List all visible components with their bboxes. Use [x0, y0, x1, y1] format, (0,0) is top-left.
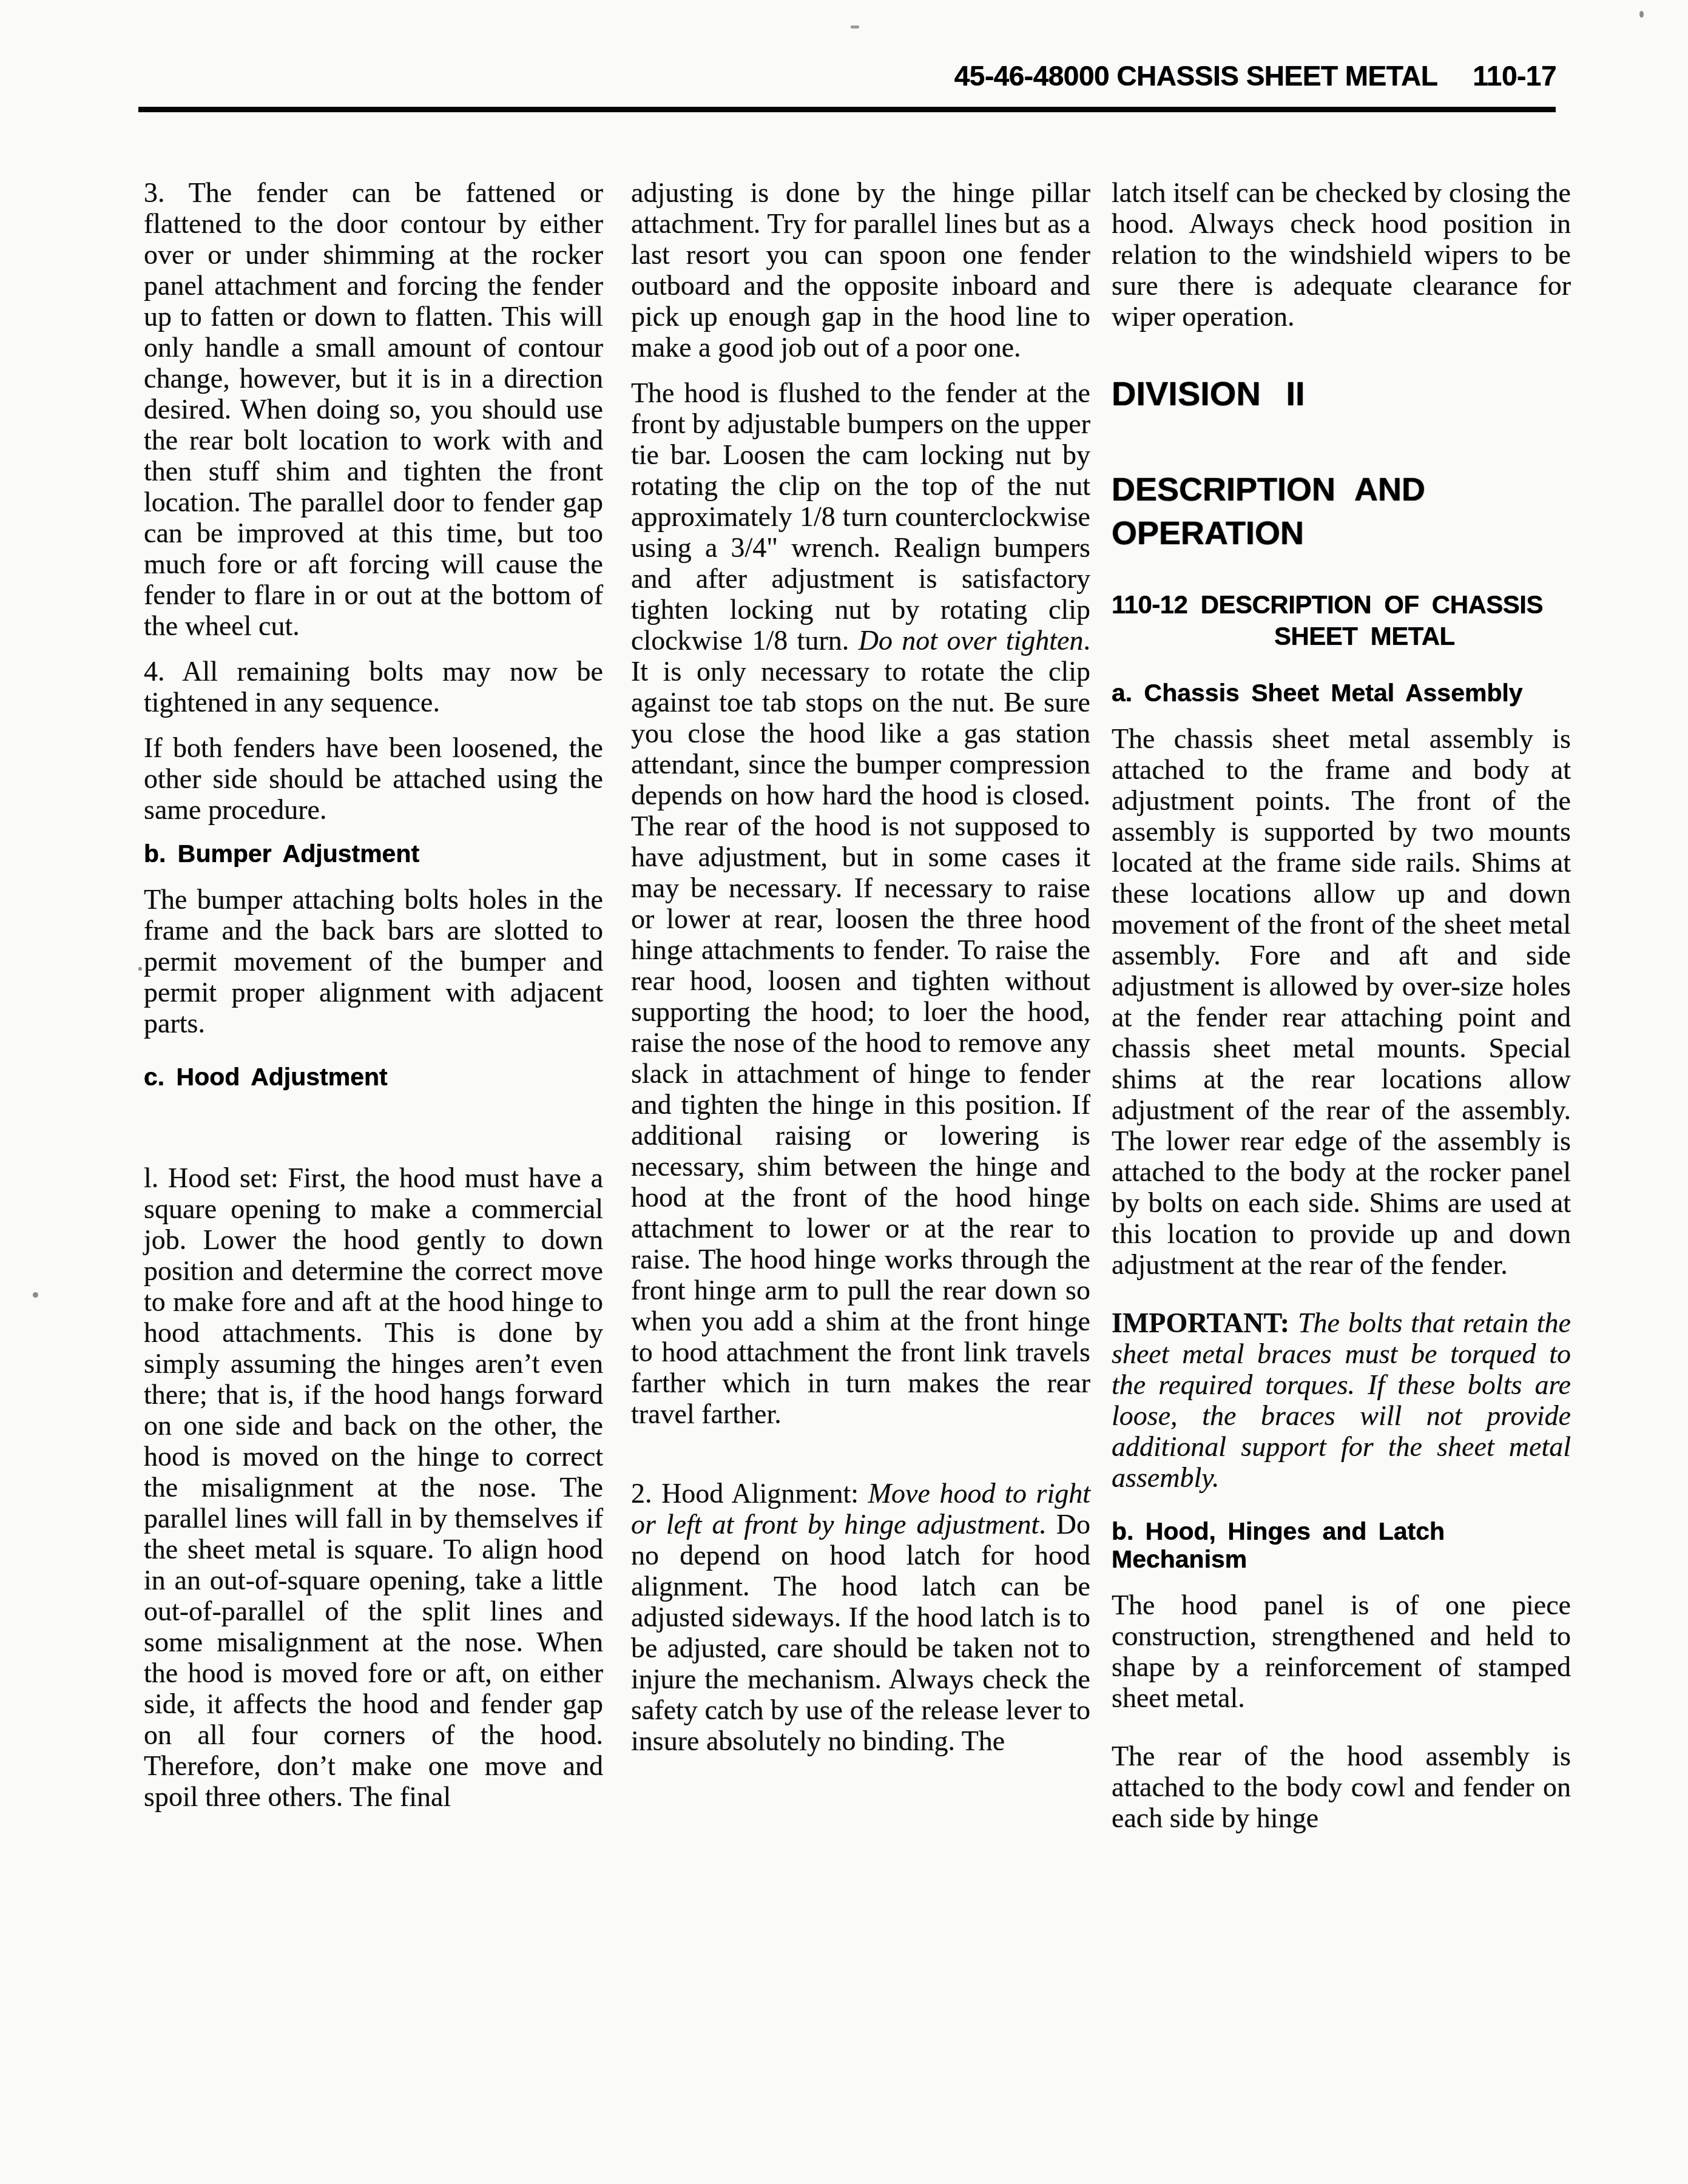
scan-speck: [33, 1292, 38, 1298]
paragraph-text: . Do no depend on hood latch for hood al…: [631, 1509, 1090, 1756]
header-rule: [138, 107, 1556, 112]
scan-speck: [851, 25, 859, 29]
subheading-110-12-description: 110-12 DESCRIPTION OF CHASSIS SHEET META…: [1112, 589, 1571, 652]
paragraph-text: 2. Hood Alignment:: [631, 1478, 868, 1509]
subheading-hood-adjustment: c. Hood Adjustment: [144, 1063, 603, 1091]
paragraph-fender-contour: 3. The fender can be fattened or flatten…: [144, 177, 603, 641]
paragraph-chassis-assembly: The chassis sheet metal assembly is atta…: [1112, 723, 1571, 1280]
paragraph-hinge-pillar: adjusting is done by the hinge pillar at…: [631, 177, 1090, 363]
division-heading: DIVISION II: [1112, 376, 1571, 412]
paragraph-hood-panel: The hood panel is of one piece construct…: [1112, 1589, 1571, 1713]
column-2: adjusting is done by the hinge pillar at…: [631, 177, 1090, 1771]
important-note: IMPORTANT: The bolts that retain the she…: [1112, 1307, 1571, 1493]
paragraph-hood-alignment: 2. Hood Alignment: Move hood to right or…: [631, 1478, 1090, 1756]
subheading-chassis-sheet-metal-assembly: a. Chassis Sheet Metal Assembly: [1112, 679, 1571, 707]
scan-speck: [138, 967, 142, 971]
important-label: IMPORTANT:: [1112, 1307, 1289, 1338]
paragraph-hood-set: l. Hood set: First, the hood must have a…: [144, 1162, 603, 1812]
paragraph-both-fenders: If both fenders have been loosened, the …: [144, 732, 603, 825]
italic-do-not-over-tighten: Do not over tighten: [859, 625, 1084, 656]
paragraph-remaining-bolts: 4. All remaining bolts may now be tighte…: [144, 656, 603, 718]
paragraph-text: . It is only necessary to rotate the cli…: [631, 625, 1090, 1429]
paragraph-hood-rear: The rear of the hood assembly is attache…: [1112, 1741, 1571, 1833]
description-operation-heading: DESCRIPTION AND OPERATION: [1112, 468, 1571, 555]
page-header: 45-46-48000 CHASSIS SHEET METAL110-17: [954, 59, 1556, 92]
heading-line-1: 110-12 DESCRIPTION OF CHASSIS: [1112, 589, 1571, 621]
column-1: 3. The fender can be fattened or flatten…: [144, 177, 603, 1827]
column-3: latch itself can be checked by closing t…: [1112, 177, 1571, 1848]
paragraph-latch-check: latch itself can be checked by closing t…: [1112, 177, 1571, 332]
subheading-bumper-adjustment: b. Bumper Adjustment: [144, 840, 603, 868]
header-title: 45-46-48000 CHASSIS SHEET METAL: [954, 60, 1438, 92]
heading-line-2: SHEET METAL: [1274, 621, 1571, 652]
subheading-hood-hinges-latch: b. Hood, Hinges and Latch Mechanism: [1112, 1517, 1571, 1573]
manual-page: 45-46-48000 CHASSIS SHEET METAL110-17 3.…: [0, 0, 1688, 2184]
paragraph-text: The hood is flushed to the fender at the…: [631, 377, 1090, 656]
paragraph-bumper-bolts: The bumper attaching bolts holes in the …: [144, 884, 603, 1039]
scan-speck: [1639, 11, 1644, 18]
header-page-number: 110-17: [1473, 60, 1556, 92]
paragraph-hood-flush: The hood is flushed to the fender at the…: [631, 377, 1090, 1429]
